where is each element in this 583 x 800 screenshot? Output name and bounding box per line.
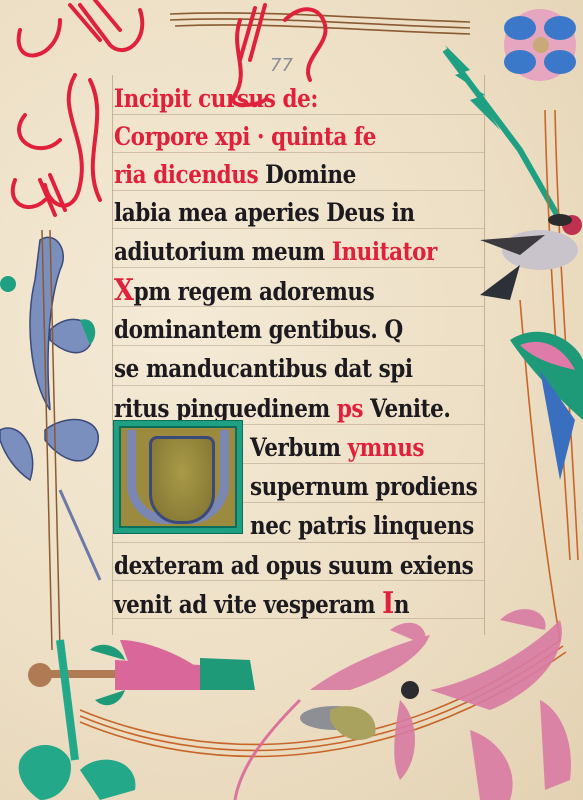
text-line: Corpore xpi · quinta fe xyxy=(114,122,432,152)
red-initial-letter: I xyxy=(382,586,394,621)
pink-acanthus-leaves-icon xyxy=(235,609,571,800)
rubric-text: Corpore xpi · quinta fe xyxy=(114,122,376,151)
text-line: Verbum ymnus xyxy=(250,433,456,463)
illuminated-initial-v xyxy=(114,421,242,533)
red-initial-letter: X xyxy=(114,273,134,308)
folio-number: 77 xyxy=(270,55,293,76)
manuscript-page: 77 Incipit cursus de: Corpore xpi · quin… xyxy=(0,0,583,800)
rubric-text: Inuitator xyxy=(332,237,437,266)
body-text: Domine xyxy=(265,160,356,189)
body-text: supernum prodiens xyxy=(250,472,477,501)
body-text: labia mea aperies Deus in xyxy=(114,198,415,227)
text-line: ritus pinguedinem ps Venite. xyxy=(114,394,432,424)
text-line: dexteram ad opus suum exiens xyxy=(114,551,432,581)
green-bud-icon xyxy=(0,276,16,292)
text-line: ria dicendus Domine xyxy=(114,160,432,190)
body-text: pm regem adoremus xyxy=(134,277,375,306)
body-text: adiutorium meum xyxy=(114,237,332,266)
body-text: dexteram ad opus suum exiens xyxy=(114,551,473,580)
rubric-text: ymnus xyxy=(348,433,424,462)
gold-leaf-ground xyxy=(149,436,215,524)
body-text: dominantem gentibus. Q xyxy=(114,315,403,344)
rubric-text: ps xyxy=(337,394,363,423)
text-line: adiutorium meum Inuitator xyxy=(114,237,432,267)
text-line: dominantem gentibus. Q xyxy=(114,315,432,345)
body-text: Verbum xyxy=(250,433,348,462)
text-line: supernum prodiens xyxy=(250,472,456,502)
body-text: n xyxy=(394,590,409,619)
text-line: labia mea aperies Deus in xyxy=(114,198,432,228)
text-line: Incipit cursus de: xyxy=(114,84,432,114)
rubric-text: ria dicendus xyxy=(114,160,265,189)
body-text: ritus pinguedinem xyxy=(114,394,337,423)
blue-acanthus-leaves-icon xyxy=(0,237,100,580)
text-line: nec patris linquens xyxy=(250,511,456,541)
blue-and-pink-flower-icon xyxy=(504,9,576,81)
text-line: venit ad vite vesperam In xyxy=(114,589,432,620)
body-text: nec patris linquens xyxy=(250,511,474,540)
goldfinch-bird-icon xyxy=(480,214,582,300)
text-line: Xpm regem adoremus xyxy=(114,276,432,307)
body-text: se manducantibus dat spi xyxy=(114,354,413,383)
text-line: se manducantibus dat spi xyxy=(114,354,432,384)
body-text: venit ad vite vesperam xyxy=(114,590,382,619)
body-text: Venite. xyxy=(363,394,450,423)
rubric-text: Incipit cursus de: xyxy=(114,84,318,113)
